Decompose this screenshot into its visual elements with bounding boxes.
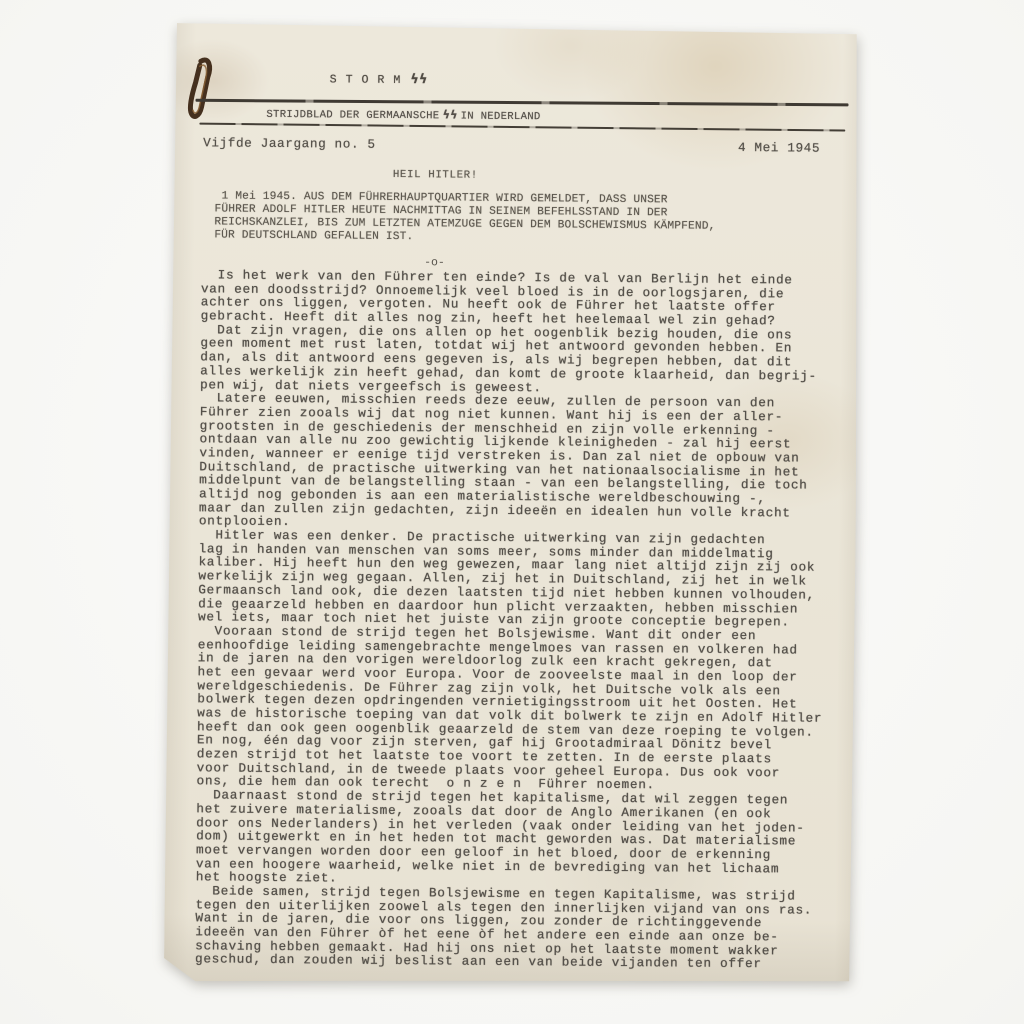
section-separator: -o- (424, 256, 445, 269)
masthead-rule-top (196, 99, 849, 106)
edition-label: Vijfde Jaargang no. 5 (203, 135, 376, 152)
masthead-rule-bottom (199, 123, 845, 132)
masthead-title: S T O R Mϟϟ (330, 71, 428, 87)
ss-runes-icon: ϟϟ (442, 107, 457, 121)
masthead-title-text: S T O R M (330, 73, 402, 87)
masthead-subtitle-right: IN NEDERLAND (461, 111, 541, 124)
paragraph: Is het werk van den Führer ten einde? Is… (201, 268, 849, 328)
article-body: Is het werk van den Führer ten einde? Is… (195, 268, 849, 972)
date-label: 4 Mei 1945 (738, 140, 820, 156)
staple-icon (184, 54, 221, 132)
paragraph: Dat zijn vragen, die ons allen op het oo… (200, 323, 849, 397)
masthead-subtitle: STRIJDBLAD DER GERMAANSCHEϟϟIN NEDERLAND (266, 106, 540, 123)
paragraph: Beide samen, strijd tegen Bolsjewisme en… (195, 884, 844, 972)
photo-background: S T O R Mϟϟ STRIJDBLAD DER GERMAANSCHEϟϟ… (0, 0, 1024, 1024)
ss-runes-icon: ϟϟ (410, 72, 427, 87)
announcement-paragraph: 1 Mei 1945. AUS DEM FÜHRERHAUPTQUARTIER … (214, 190, 774, 247)
article-heading: HEIL HITLER! (393, 169, 478, 182)
paragraph: Latere eeuwen, misschien reeds deze eeuw… (199, 391, 848, 534)
masthead-info-row: Vijfde Jaargang no. 5 4 Mei 1945 (203, 135, 820, 155)
paragraph: Hitler was een denker. De practische uit… (198, 528, 847, 629)
paragraph: Daarnaast stond de strijd tegen het kapi… (196, 788, 845, 889)
paragraph: Vooraan stond de strijd tegen het Bolsje… (197, 624, 846, 794)
masthead-subtitle-left: STRIJDBLAD DER GERMAANSCHE (266, 109, 439, 123)
document-page-wrap: S T O R Mϟϟ STRIJDBLAD DER GERMAANSCHEϟϟ… (168, 26, 856, 984)
document-page: S T O R Mϟϟ STRIJDBLAD DER GERMAANSCHEϟϟ… (164, 23, 860, 987)
